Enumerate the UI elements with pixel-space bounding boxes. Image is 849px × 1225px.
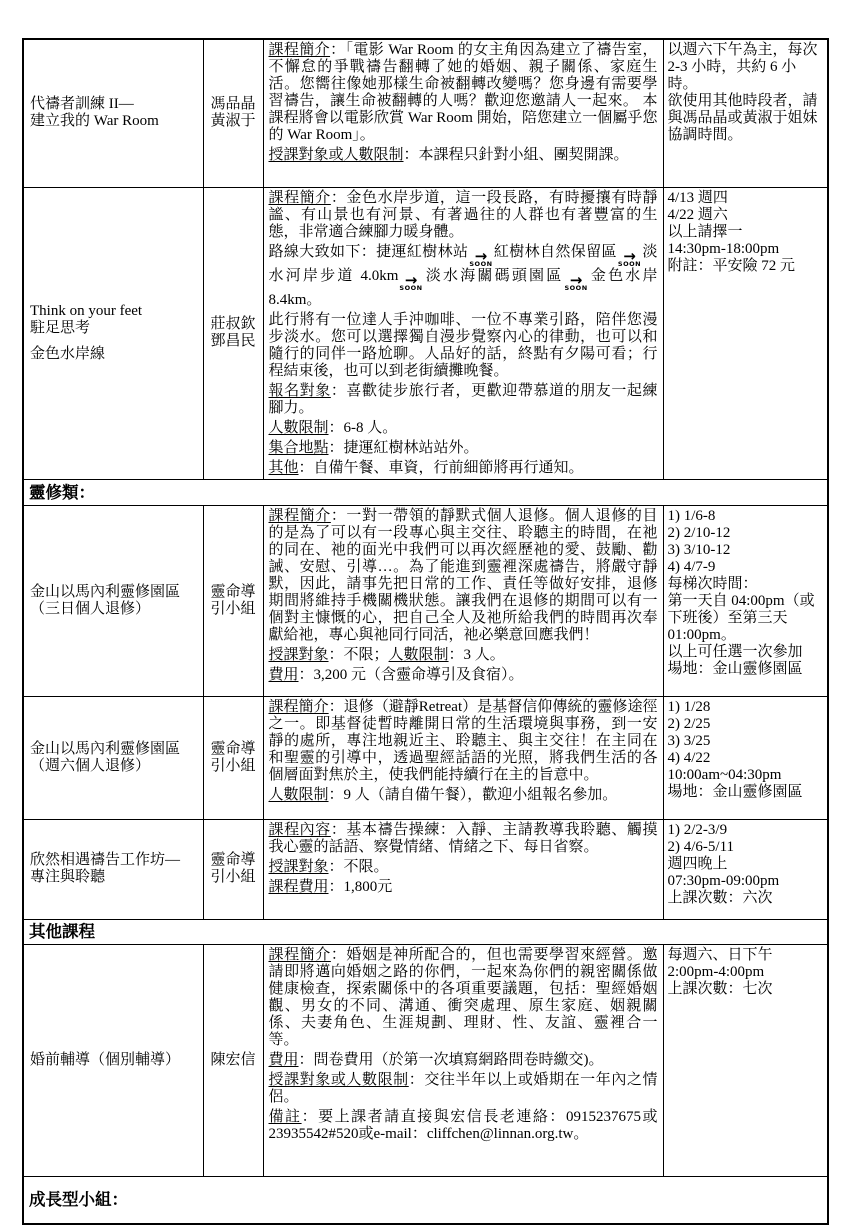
course-name-line: 金色水岸線 bbox=[30, 346, 198, 363]
teacher-name-line: 靈命導 bbox=[205, 741, 262, 758]
field-label: 備註 bbox=[269, 1109, 302, 1125]
section-row: 成長型小組： bbox=[23, 1176, 828, 1224]
course-name-cell: 金山以馬內利靈修園區（三日個人退修） bbox=[23, 505, 203, 696]
schedule-line: 4) 4/7-9 bbox=[668, 559, 825, 576]
description-paragraph: 集合地點：捷運紅樹林站站外。 bbox=[269, 440, 658, 457]
teacher-name-cell: 靈命導引小組 bbox=[203, 696, 263, 819]
course-name-line: 金山以馬內利靈修園區 bbox=[30, 741, 198, 758]
course-name-cell: 金山以馬內利靈修園區（週六個人退修） bbox=[23, 696, 203, 819]
field-label: 授課對象或人數限制 bbox=[269, 1072, 409, 1088]
description-paragraph: 課程簡介：金色水岸步道，這一段長路，有時擾攘有時靜謐、有山景也有河景、有著過往的… bbox=[269, 190, 658, 241]
schedule-line: 欲使用其他時段者，請與馮品晶或黃淑于姐妹協調時間。 bbox=[668, 93, 825, 144]
course-name-line: 專注與聆聽 bbox=[30, 869, 198, 886]
description-text: ：3 人。 bbox=[449, 647, 505, 663]
course-name-line: 婚前輔導（個別輔導） bbox=[30, 1052, 198, 1069]
description-paragraph: 此行將有一位達人手沖咖啡、一位不專業引路，陪伴您漫步淡水。您可以選擇獨自漫步覺察… bbox=[269, 312, 658, 380]
course-description-cell: 課程簡介：退修（避靜Retreat）是基督信仰傳統的靈修途徑之一。即基督徒暫時離… bbox=[263, 696, 663, 819]
course-name-line: 金山以馬內利靈修園區 bbox=[30, 584, 198, 601]
teacher-name-line: 陳宏信 bbox=[205, 1052, 262, 1069]
description-text: ：6-8 人。 bbox=[329, 420, 398, 436]
field-label: 報名對象 bbox=[269, 383, 331, 399]
description-text: 此行將有一位達人手沖咖啡、一位不專業引路，陪伴您漫步淡水。您可以選擇獨自漫步覺察… bbox=[269, 312, 658, 379]
section-row: 其他課程 bbox=[23, 919, 828, 944]
teacher-name-line: 引小組 bbox=[205, 869, 262, 886]
schedule-line: 第一天自 04:00pm（或下班後）至第三天 01:00pm。 bbox=[668, 593, 825, 644]
field-label: 課程內容 bbox=[269, 822, 331, 838]
field-label: 課程簡介 bbox=[269, 190, 331, 206]
soon-arrow-icon: →soon bbox=[469, 251, 492, 268]
course-name-line: （三日個人退修） bbox=[30, 601, 198, 618]
schedule-line: 2) 2/10-12 bbox=[668, 525, 825, 542]
schedule-line: 上課次數：六次 bbox=[668, 890, 825, 907]
course-name-line: Think on your feet bbox=[30, 303, 198, 320]
course-name-cell: 婚前輔導（個別輔導） bbox=[23, 944, 203, 1176]
soon-arrow-label: soon bbox=[469, 261, 492, 268]
soon-arrow-label: soon bbox=[399, 285, 422, 292]
soon-arrow-icon: →soon bbox=[399, 275, 422, 292]
description-paragraph: 費用：問卷費用（於第一次填寫網路問卷時繳交)。 bbox=[269, 1052, 658, 1069]
description-paragraph: 授課對象：不限。 bbox=[269, 859, 658, 876]
description-paragraph: 授課對象：不限；人數限制：3 人。 bbox=[269, 647, 658, 664]
course-name-line: 代禱者訓練 II— bbox=[30, 96, 198, 113]
description-paragraph: 備註：要上課者請直接與宏信長老連絡：0915237675或23935542#52… bbox=[269, 1109, 658, 1143]
course-description-cell: 課程簡介：一對一帶領的靜默式個人退修。個人退修的目的是為了可以有一段專心與主交往… bbox=[263, 505, 663, 696]
description-text: 紅樹林自然保留區 bbox=[494, 244, 617, 260]
schedule-cell: 4/13 週四4/22 週六以上請擇一14:30pm-18:00pm附註：平安險… bbox=[663, 187, 828, 479]
teacher-name-line: 莊叔欽 bbox=[205, 316, 262, 333]
teacher-name-cell: 莊叔欽鄧昌民 bbox=[203, 187, 263, 479]
section-header: 靈修類： bbox=[23, 479, 828, 505]
teacher-name-line: 引小組 bbox=[205, 758, 262, 775]
teacher-name-cell: 馮品晶黃淑于 bbox=[203, 39, 263, 187]
course-table: 代禱者訓練 II—建立我的 War Room馮品晶黃淑于課程簡介：「電影 War… bbox=[22, 38, 829, 1225]
schedule-line: 週四晚上 bbox=[668, 856, 825, 873]
description-paragraph: 課程簡介：婚姻是神所配合的，但也需要學習來經營。邀請即將邁向婚姻之路的你們，一起… bbox=[269, 947, 658, 1049]
course-row: 欣然相遇禱告工作坊—專注與聆聽靈命導引小組課程內容：基本禱告操練：入靜、主請教導… bbox=[23, 819, 828, 919]
description-paragraph: 其他：自備午餐、車資，行前細節將再行通知。 bbox=[269, 460, 658, 477]
schedule-line: 以上請擇一 bbox=[668, 224, 825, 241]
schedule-line: 場地：金山靈修園區 bbox=[668, 661, 825, 678]
soon-arrow-glyph: → bbox=[405, 275, 418, 285]
course-name-cell: 代禱者訓練 II—建立我的 War Room bbox=[23, 39, 203, 187]
soon-arrow-icon: →soon bbox=[564, 275, 587, 292]
field-label: 集合地點 bbox=[269, 440, 329, 456]
description-paragraph: 課程內容：基本禱告操練：入靜、主請教導我聆聽、觸摸我心靈的話語、察覺情緒、情緒之… bbox=[269, 822, 658, 856]
description-text: ：捷運紅樹林站站外。 bbox=[329, 440, 479, 456]
schedule-line: 4/13 週四 bbox=[668, 190, 825, 207]
course-description-cell: 課程簡介：婚姻是神所配合的，但也需要學習來經營。邀請即將邁向婚姻之路的你們，一起… bbox=[263, 944, 663, 1176]
soon-arrow-glyph: → bbox=[570, 275, 583, 285]
soon-arrow-label: soon bbox=[564, 285, 587, 292]
description-paragraph: 路線大致如下：捷運紅樹林站→soon紅樹林自然保留區→soon淡水河岸步道 4.… bbox=[269, 244, 658, 309]
description-paragraph: 報名對象：喜歡徒步旅行者，更歡迎帶慕道的朋友一起練腳力。 bbox=[269, 383, 658, 417]
schedule-cell: 1) 1/282) 2/253) 3/254) 4/2210:00am~04:3… bbox=[663, 696, 828, 819]
field-label: 費用 bbox=[269, 667, 299, 683]
description-paragraph: 授課對象或人數限制：本課程只針對小組、團契開課。 bbox=[269, 147, 658, 164]
field-label: 授課對象 bbox=[269, 859, 329, 875]
schedule-line: 1) 1/6-8 bbox=[668, 508, 825, 525]
field-label: 人數限制 bbox=[269, 787, 329, 803]
description-paragraph: 課程簡介：「電影 War Room 的女主角因為建立了禱告室，不懈怠的爭戰禱告翻… bbox=[269, 42, 658, 144]
teacher-name-line: 引小組 bbox=[205, 601, 262, 618]
course-row: 金山以馬內利靈修園區（三日個人退修）靈命導引小組課程簡介：一對一帶領的靜默式個人… bbox=[23, 505, 828, 696]
description-paragraph: 費用：3,200 元（含靈命導引及食宿）。 bbox=[269, 667, 658, 684]
course-description-cell: 課程內容：基本禱告操練：入靜、主請教導我聆聽、觸摸我心靈的話語、察覺情緒、情緒之… bbox=[263, 819, 663, 919]
schedule-cell: 以週六下午為主，每次 2-3 小時，共約 6 小時。欲使用其他時段者，請與馮品晶… bbox=[663, 39, 828, 187]
field-label: 課程費用 bbox=[269, 879, 329, 895]
field-label: 授課對象 bbox=[269, 647, 329, 663]
schedule-cell: 每週六、日下午2:00pm-4:00pm上課次數：七次 bbox=[663, 944, 828, 1176]
description-text: ：3,200 元（含靈命導引及食宿）。 bbox=[299, 667, 524, 683]
field-label: 課程簡介 bbox=[269, 947, 331, 963]
field-label: 課程簡介 bbox=[269, 699, 329, 715]
course-name-cell: 欣然相遇禱告工作坊—專注與聆聽 bbox=[23, 819, 203, 919]
description-text: ：自備午餐、車資，行前細節將再行通知。 bbox=[299, 460, 584, 476]
soon-arrow-glyph: → bbox=[623, 251, 636, 261]
field-label: 費用 bbox=[269, 1052, 299, 1068]
schedule-line: 2) 4/6-5/11 bbox=[668, 839, 825, 856]
soon-arrow-glyph: → bbox=[475, 251, 488, 261]
field-label: 人數限制 bbox=[389, 647, 449, 663]
description-text: ：9 人（請自備午餐），歡迎小組報名參加。 bbox=[329, 787, 618, 803]
teacher-name-line: 馮品晶 bbox=[205, 96, 262, 113]
schedule-line: 3) 3/10-12 bbox=[668, 542, 825, 559]
description-text: ：要上課者請直接與宏信長老連絡：0915237675或23935542#520或… bbox=[269, 1109, 658, 1142]
course-table-body: 代禱者訓練 II—建立我的 War Room馮品晶黃淑于課程簡介：「電影 War… bbox=[23, 39, 828, 1224]
schedule-line: 每週六、日下午 bbox=[668, 947, 825, 964]
schedule-line: 每梯次時間： bbox=[668, 576, 825, 593]
schedule-line: 1) 1/28 bbox=[668, 699, 825, 716]
schedule-cell: 1) 1/6-82) 2/10-123) 3/10-124) 4/7-9每梯次時… bbox=[663, 505, 828, 696]
document-page: 代禱者訓練 II—建立我的 War Room馮品晶黃淑于課程簡介：「電影 War… bbox=[0, 0, 849, 1225]
course-name-line: 欣然相遇禱告工作坊— bbox=[30, 852, 198, 869]
schedule-line: 07:30pm-09:00pm bbox=[668, 873, 825, 890]
soon-arrow-icon: →soon bbox=[618, 251, 641, 268]
schedule-line: 以上可任選一次參加 bbox=[668, 644, 825, 661]
schedule-line: 10:00am~04:30pm bbox=[668, 767, 825, 784]
course-name-line: （週六個人退修） bbox=[30, 758, 198, 775]
schedule-line: 1) 2/2-3/9 bbox=[668, 822, 825, 839]
field-label: 授課對象或人數限制 bbox=[269, 147, 404, 163]
description-paragraph: 課程簡介：一對一帶領的靜默式個人退修。個人退修的目的是為了可以有一段專心與主交往… bbox=[269, 508, 658, 644]
description-paragraph: 課程簡介：退修（避靜Retreat）是基督信仰傳統的靈修途徑之一。即基督徒暫時離… bbox=[269, 699, 658, 784]
course-name-line bbox=[30, 337, 198, 346]
field-label: 其他 bbox=[269, 460, 299, 476]
schedule-line: 以週六下午為主，每次 2-3 小時，共約 6 小時。 bbox=[668, 42, 825, 93]
course-description-cell: 課程簡介：金色水岸步道，這一段長路，有時擾攘有時靜謐、有山景也有河景、有著過往的… bbox=[263, 187, 663, 479]
description-text: ：不限。 bbox=[329, 859, 389, 875]
description-paragraph: 人數限制：6-8 人。 bbox=[269, 420, 658, 437]
schedule-line: 場地：金山靈修園區 bbox=[668, 784, 825, 801]
teacher-name-line: 鄧昌民 bbox=[205, 333, 262, 350]
section-row: 靈修類： bbox=[23, 479, 828, 505]
teacher-name-line: 靈命導 bbox=[205, 584, 262, 601]
schedule-line: 4/22 週六 bbox=[668, 207, 825, 224]
description-paragraph: 課程費用：1,800元 bbox=[269, 879, 658, 896]
schedule-line: 2) 2/25 bbox=[668, 716, 825, 733]
description-text: ：1,800元 bbox=[329, 879, 393, 895]
description-text: 路線大致如下：捷運紅樹林站 bbox=[269, 244, 469, 260]
teacher-name-line: 黃淑于 bbox=[205, 113, 262, 130]
teacher-name-line: 靈命導 bbox=[205, 852, 262, 869]
soon-arrow-label: soon bbox=[618, 261, 641, 268]
schedule-line: 3) 3/25 bbox=[668, 733, 825, 750]
field-label: 課程簡介 bbox=[269, 508, 331, 524]
description-text: 淡水海關碼頭園區 bbox=[424, 268, 564, 284]
description-text: ：本課程只針對小組、團契開課。 bbox=[404, 147, 629, 163]
description-paragraph: 授課對象或人數限制：交往半年以上或婚期在一年內之情侶。 bbox=[269, 1072, 658, 1106]
section-header: 其他課程 bbox=[23, 919, 828, 944]
teacher-name-cell: 靈命導引小組 bbox=[203, 505, 263, 696]
schedule-cell: 1) 2/2-3/92) 4/6-5/11週四晚上07:30pm-09:00pm… bbox=[663, 819, 828, 919]
description-text: ：不限； bbox=[329, 647, 389, 663]
schedule-line: 14:30pm-18:00pm bbox=[668, 241, 825, 258]
field-label: 人數限制 bbox=[269, 420, 329, 436]
teacher-name-cell: 靈命導引小組 bbox=[203, 819, 263, 919]
course-name-line: 駐足思考 bbox=[30, 320, 198, 337]
course-row: Think on your feet駐足思考金色水岸線莊叔欽鄧昌民課程簡介：金色… bbox=[23, 187, 828, 479]
course-description-cell: 課程簡介：「電影 War Room 的女主角因為建立了禱告室，不懈怠的爭戰禱告翻… bbox=[263, 39, 663, 187]
description-paragraph: 人數限制：9 人（請自備午餐），歡迎小組報名參加。 bbox=[269, 787, 658, 804]
course-name-cell: Think on your feet駐足思考金色水岸線 bbox=[23, 187, 203, 479]
course-name-line: 建立我的 War Room bbox=[30, 113, 198, 130]
field-label: 課程簡介 bbox=[269, 42, 331, 58]
schedule-line: 附註：平安險 72 元 bbox=[668, 258, 825, 275]
section-header: 成長型小組： bbox=[23, 1176, 828, 1224]
description-text: ：一對一帶領的靜默式個人退修。個人退修的目的是為了可以有一段專心與主交往、聆聽主… bbox=[269, 508, 658, 643]
course-row: 金山以馬內利靈修園區（週六個人退修）靈命導引小組課程簡介：退修（避靜Retrea… bbox=[23, 696, 828, 819]
schedule-line: 2:00pm-4:00pm bbox=[668, 964, 825, 981]
course-row: 婚前輔導（個別輔導）陳宏信課程簡介：婚姻是神所配合的，但也需要學習來經營。邀請即… bbox=[23, 944, 828, 1176]
description-text: ：問卷費用（於第一次填寫網路問卷時繳交)。 bbox=[299, 1052, 604, 1068]
schedule-line: 上課次數：七次 bbox=[668, 981, 825, 998]
course-row: 代禱者訓練 II—建立我的 War Room馮品晶黃淑于課程簡介：「電影 War… bbox=[23, 39, 828, 187]
teacher-name-cell: 陳宏信 bbox=[203, 944, 263, 1176]
schedule-line: 4) 4/22 bbox=[668, 750, 825, 767]
